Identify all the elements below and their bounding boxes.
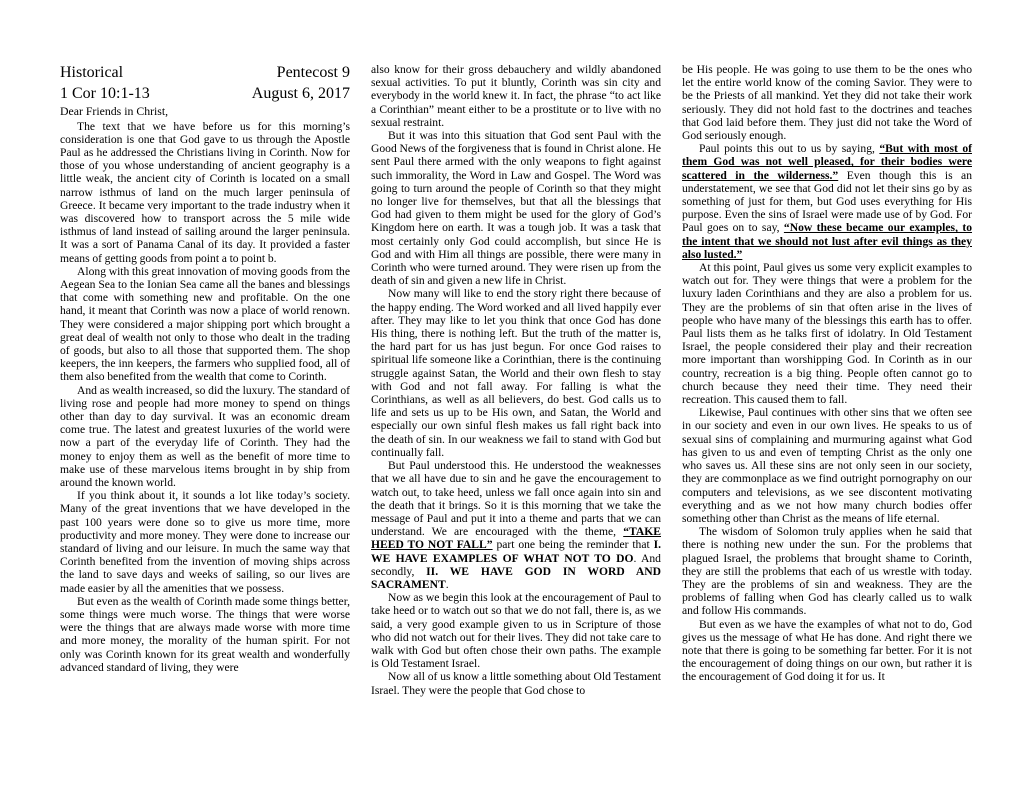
body-text: Likewise, Paul continues with other sins… — [682, 406, 972, 525]
column-2: also know for their gross debauchery and… — [371, 63, 661, 788]
body-text: Paul points this out to us by saying, — [699, 142, 879, 155]
header-row-1: Historical Pentecost 9 — [60, 63, 350, 84]
paragraph: Now many will like to end the story righ… — [371, 287, 661, 459]
column-3: be His people. He was going to use them … — [682, 63, 972, 788]
paragraph: Along with this great innovation of movi… — [60, 265, 350, 384]
body-text: . — [446, 578, 449, 591]
body-text: The text that we have before us for this… — [60, 120, 350, 265]
body-text: If you think about it, it sounds a lot l… — [60, 489, 350, 594]
paragraph: The wisdom of Solomon truly applies when… — [682, 525, 972, 617]
body-text: But even as the wealth of Corinth made s… — [60, 595, 350, 674]
column-2-text: also know for their gross debauchery and… — [371, 63, 661, 697]
body-text: part one being the reminder that — [493, 538, 654, 551]
paragraph: And as wealth increased, so did the luxu… — [60, 384, 350, 490]
document-header: Historical Pentecost 9 1 Cor 10:1-13 Aug… — [60, 63, 350, 119]
paragraph: At this point, Paul gives us some very e… — [682, 261, 972, 406]
body-text: Along with this great innovation of movi… — [60, 265, 350, 384]
paragraph: be His people. He was going to use them … — [682, 63, 972, 142]
column-1-text: The text that we have before us for this… — [60, 120, 350, 675]
paragraph: If you think about it, it sounds a lot l… — [60, 489, 350, 595]
column-3-text: be His people. He was going to use them … — [682, 63, 972, 684]
sermon-date: August 6, 2017 — [252, 84, 350, 105]
body-text: But even as we have the examples of what… — [682, 618, 972, 684]
paragraph: The text that we have before us for this… — [60, 120, 350, 265]
body-text: And as wealth increased, so did the luxu… — [60, 384, 350, 489]
body-text: At this point, Paul gives us some very e… — [682, 261, 972, 406]
body-text: also know for their gross debauchery and… — [371, 63, 661, 129]
sermon-document: Historical Pentecost 9 1 Cor 10:1-13 Aug… — [0, 0, 1020, 788]
body-text: be His people. He was going to use them … — [682, 63, 972, 142]
column-1: Historical Pentecost 9 1 Cor 10:1-13 Aug… — [60, 63, 350, 788]
body-text: But Paul understood this. He understood … — [371, 459, 661, 538]
body-text: Now as we begin this look at the encoura… — [371, 591, 661, 670]
body-text: The wisdom of Solomon truly applies when… — [682, 525, 972, 617]
body-text: Now all of us know a little something ab… — [371, 670, 661, 696]
scripture-reference: 1 Cor 10:1-13 — [60, 84, 150, 105]
salutation: Dear Friends in Christ, — [60, 104, 350, 119]
body-text: Now many will like to end the story righ… — [371, 287, 661, 458]
paragraph: Likewise, Paul continues with other sins… — [682, 406, 972, 525]
paragraph: But it was into this situation that God … — [371, 129, 661, 287]
church-season-label: Pentecost 9 — [277, 63, 350, 84]
sermon-type-label: Historical — [60, 63, 123, 84]
paragraph: But Paul understood this. He understood … — [371, 459, 661, 591]
header-row-2: 1 Cor 10:1-13 August 6, 2017 — [60, 84, 350, 105]
body-text: But it was into this situation that God … — [371, 129, 661, 287]
paragraph: Now all of us know a little something ab… — [371, 670, 661, 696]
paragraph: But even as we have the examples of what… — [682, 618, 972, 684]
paragraph: also know for their gross debauchery and… — [371, 63, 661, 129]
paragraph: But even as the wealth of Corinth made s… — [60, 595, 350, 674]
paragraph: Paul points this out to us by saying, “B… — [682, 142, 972, 261]
paragraph: Now as we begin this look at the encoura… — [371, 591, 661, 670]
